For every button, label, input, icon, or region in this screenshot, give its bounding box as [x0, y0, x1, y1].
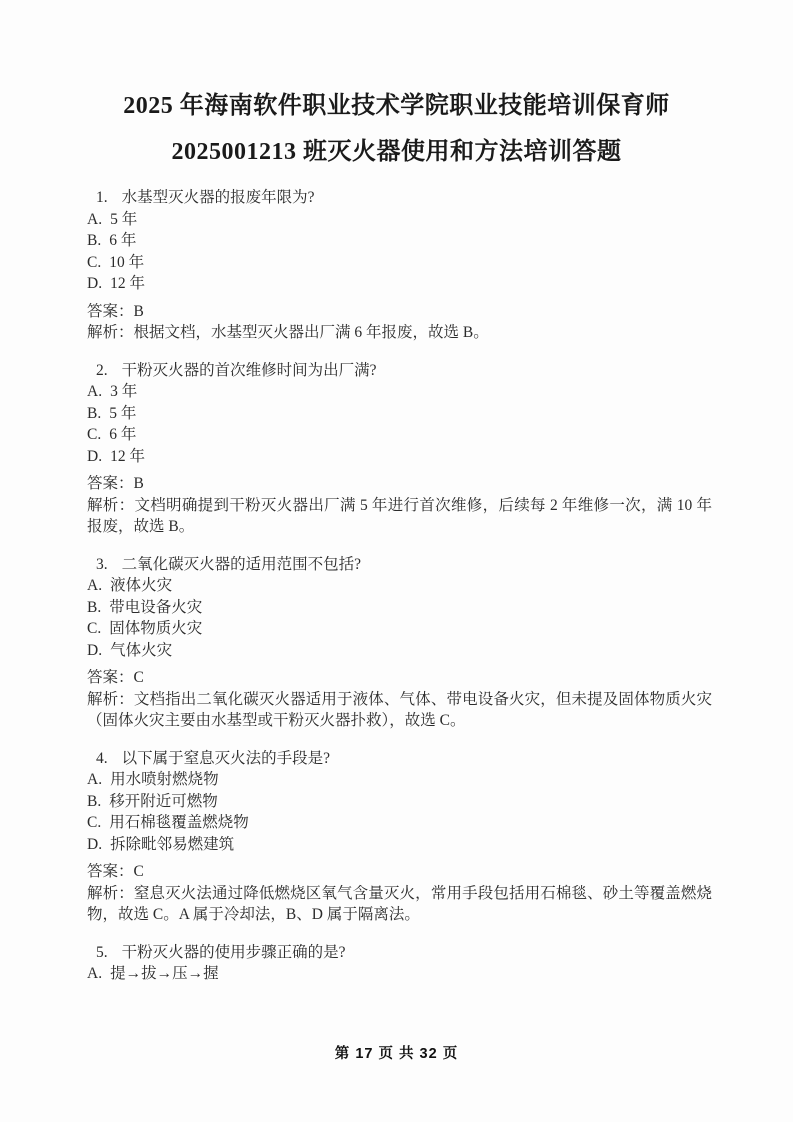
- answer-line: 答案：C: [87, 861, 712, 883]
- option-label: A.: [87, 383, 102, 400]
- option-line: C.固体物质火灾: [87, 618, 712, 640]
- answer-line: 答案：B: [87, 473, 712, 495]
- question-number: 4.: [96, 750, 108, 767]
- option-label: C.: [87, 254, 101, 271]
- question-text: 二氧化碳灭火器的适用范围不包括?: [122, 556, 361, 573]
- option-text: 5 年: [110, 211, 137, 228]
- option-line: D.气体火灾: [87, 640, 712, 662]
- analysis-text: 文档明确提到干粉灭火器出厂满 5 年进行首次维修，后续每 2 年维修一次，满 1…: [87, 497, 712, 536]
- option-line: A.提→拔→压→握: [87, 963, 712, 985]
- option-label: D.: [87, 836, 102, 853]
- doc-title-line2: 2025001213 班灭火器使用和方法培训答题: [0, 136, 793, 168]
- question-text: 以下属于窒息灭火法的手段是?: [122, 750, 330, 767]
- option-label: A.: [87, 211, 102, 228]
- option-text: 固体物质火灾: [109, 620, 202, 637]
- analysis-paragraph: 解析：窒息灭火法通过降低燃烧区氧气含量灭火，常用手段包括用石棉毯、砂土等覆盖燃烧…: [87, 883, 712, 926]
- option-text: 提→拔→压→握: [110, 965, 219, 982]
- options-group: A.提→拔→压→握: [87, 963, 712, 985]
- analysis-label: 解析：: [87, 691, 134, 708]
- option-text: 6 年: [109, 232, 136, 249]
- option-text: 12 年: [110, 448, 145, 465]
- option-text: 气体火灾: [110, 642, 172, 659]
- option-label: D.: [87, 275, 102, 292]
- question-title-line: 4.以下属于窒息灭火法的手段是?: [87, 748, 712, 770]
- question-title-line: 5.干粉灭火器的使用步骤正确的是?: [87, 942, 712, 964]
- option-text: 带电设备火灾: [109, 599, 202, 616]
- options-group: A.5 年 B.6 年 C.10 年 D.12 年: [87, 209, 712, 295]
- analysis-paragraph: 解析：文档明确提到干粉灭火器出厂满 5 年进行首次维修，后续每 2 年维修一次，…: [87, 495, 712, 538]
- option-label: B.: [87, 405, 101, 422]
- analysis-paragraph: 解析：文档指出二氧化碳灭火器适用于液体、气体、带电设备火灾，但未提及固体物质火灾…: [87, 689, 712, 732]
- option-label: D.: [87, 448, 102, 465]
- page-footer: 第 17 页 共 32 页: [0, 1042, 793, 1063]
- answer-label: 答案：: [87, 863, 134, 880]
- option-label: C.: [87, 620, 101, 637]
- answer-value: C: [134, 863, 144, 880]
- option-label: B.: [87, 232, 101, 249]
- option-label: A.: [87, 965, 102, 982]
- question-number: 2.: [96, 362, 108, 379]
- option-line: B.6 年: [87, 230, 712, 252]
- option-line: B.5 年: [87, 403, 712, 425]
- option-line: B.带电设备火灾: [87, 597, 712, 619]
- analysis-text: 窒息灭火法通过降低燃烧区氧气含量灭火，常用手段包括用石棉毯、砂土等覆盖燃烧物，故…: [87, 885, 712, 924]
- option-text: 拆除毗邻易燃建筑: [110, 836, 234, 853]
- option-line: A.液体火灾: [87, 575, 712, 597]
- option-text: 12 年: [110, 275, 145, 292]
- option-line: A.5 年: [87, 209, 712, 231]
- answer-label: 答案：: [87, 303, 134, 320]
- option-line: C.10 年: [87, 252, 712, 274]
- question-title-line: 1.水基型灭火器的报废年限为?: [87, 187, 712, 209]
- option-label: B.: [87, 793, 101, 810]
- question-block: 4.以下属于窒息灭火法的手段是? A.用水喷射燃烧物 B.移开附近可燃物 C.用…: [87, 748, 712, 926]
- question-number: 1.: [96, 189, 108, 206]
- document-page: 2025 年海南软件职业技术学院职业技能培训保育师 2025001213 班灭火…: [0, 0, 793, 1122]
- question-text: 干粉灭火器的首次维修时间为出厂满?: [122, 362, 377, 379]
- options-group: A.液体火灾 B.带电设备火灾 C.固体物质火灾 D.气体火灾: [87, 575, 712, 661]
- document-header: 2025 年海南软件职业技术学院职业技能培训保育师 2025001213 班灭火…: [0, 90, 793, 168]
- questions-list: 1.水基型灭火器的报废年限为? A.5 年 B.6 年 C.10 年 D.12 …: [0, 187, 793, 985]
- option-label: A.: [87, 577, 102, 594]
- option-label: C.: [87, 426, 101, 443]
- options-group: A.用水喷射燃烧物 B.移开附近可燃物 C.用石棉毯覆盖燃烧物 D.拆除毗邻易燃…: [87, 769, 712, 855]
- question-number: 5.: [96, 944, 108, 961]
- doc-title-line1: 2025 年海南软件职业技术学院职业技能培训保育师: [0, 90, 793, 122]
- option-label: D.: [87, 642, 102, 659]
- analysis-label: 解析：: [87, 324, 134, 341]
- analysis-label: 解析：: [87, 885, 134, 902]
- answer-label: 答案：: [87, 475, 134, 492]
- question-number: 3.: [96, 556, 108, 573]
- question-text: 水基型灭火器的报废年限为?: [122, 189, 315, 206]
- option-text: 5 年: [109, 405, 136, 422]
- question-block: 1.水基型灭火器的报废年限为? A.5 年 B.6 年 C.10 年 D.12 …: [87, 187, 712, 344]
- option-line: A.3 年: [87, 381, 712, 403]
- option-label: B.: [87, 599, 101, 616]
- option-line: D.12 年: [87, 446, 712, 468]
- question-text: 干粉灭火器的使用步骤正确的是?: [122, 944, 346, 961]
- option-text: 液体火灾: [110, 577, 172, 594]
- option-text: 移开附近可燃物: [109, 793, 218, 810]
- answer-label: 答案：: [87, 669, 134, 686]
- question-title-line: 2.干粉灭火器的首次维修时间为出厂满?: [87, 360, 712, 382]
- option-text: 用石棉毯覆盖燃烧物: [109, 814, 249, 831]
- answer-value: B: [134, 475, 144, 492]
- option-text: 用水喷射燃烧物: [110, 771, 219, 788]
- options-group: A.3 年 B.5 年 C.6 年 D.12 年: [87, 381, 712, 467]
- option-text: 10 年: [109, 254, 144, 271]
- answer-line: 答案：C: [87, 667, 712, 689]
- option-label: A.: [87, 771, 102, 788]
- question-block: 3.二氧化碳灭火器的适用范围不包括? A.液体火灾 B.带电设备火灾 C.固体物…: [87, 554, 712, 732]
- analysis-paragraph: 解析：根据文档，水基型灭火器出厂满 6 年报废，故选 B。: [87, 322, 712, 344]
- answer-value: B: [134, 303, 144, 320]
- question-title-line: 3.二氧化碳灭火器的适用范围不包括?: [87, 554, 712, 576]
- option-text: 6 年: [109, 426, 136, 443]
- answer-value: C: [134, 669, 144, 686]
- option-line: A.用水喷射燃烧物: [87, 769, 712, 791]
- option-line: D.拆除毗邻易燃建筑: [87, 834, 712, 856]
- option-text: 3 年: [110, 383, 137, 400]
- question-block: 2.干粉灭火器的首次维修时间为出厂满? A.3 年 B.5 年 C.6 年 D.…: [87, 360, 712, 538]
- analysis-text: 根据文档，水基型灭火器出厂满 6 年报废，故选 B。: [134, 324, 489, 341]
- analysis-text: 文档指出二氧化碳灭火器适用于液体、气体、带电设备火灾，但未提及固体物质火灾（固体…: [87, 691, 712, 730]
- option-line: D.12 年: [87, 273, 712, 295]
- answer-line: 答案：B: [87, 301, 712, 323]
- question-block: 5.干粉灭火器的使用步骤正确的是? A.提→拔→压→握: [87, 942, 712, 985]
- option-line: B.移开附近可燃物: [87, 791, 712, 813]
- option-line: C.6 年: [87, 424, 712, 446]
- option-line: C.用石棉毯覆盖燃烧物: [87, 812, 712, 834]
- analysis-label: 解析：: [87, 497, 134, 514]
- option-label: C.: [87, 814, 101, 831]
